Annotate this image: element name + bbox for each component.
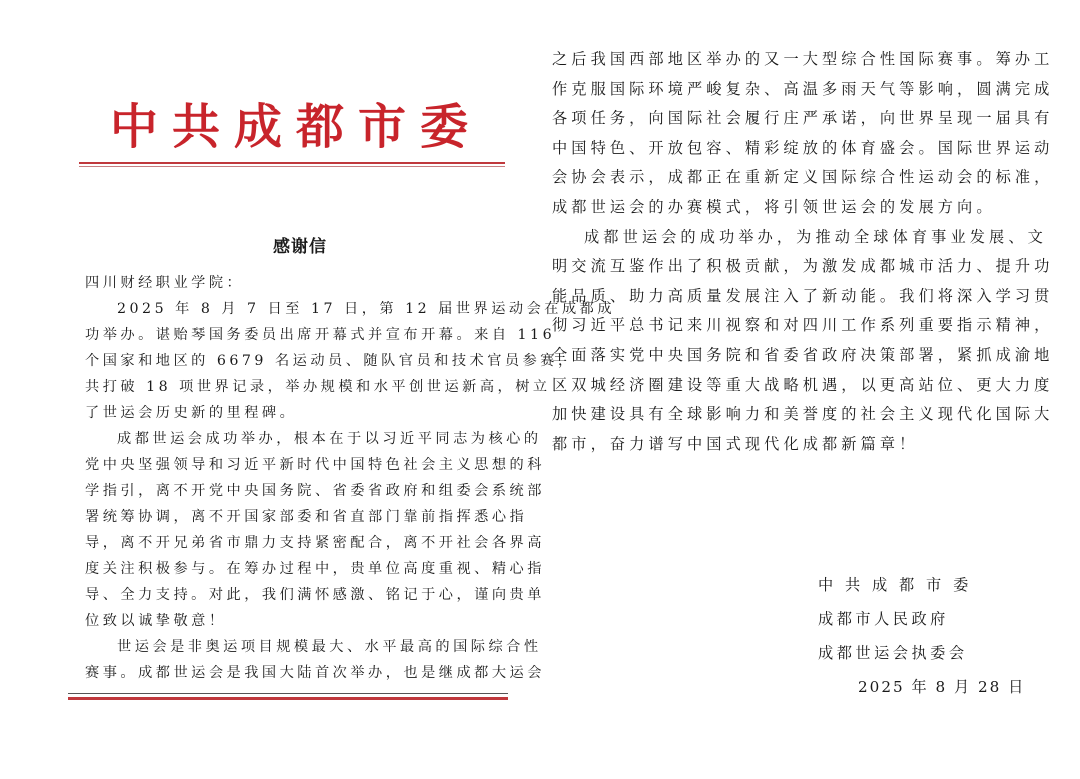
body-line: 中国特色、开放包容、精彩绽放的体育盛会。国际世界运动 (552, 134, 1052, 164)
body-line: 全面落实党中央国务院和省委省政府决策部署，紧抓成渝地 (552, 341, 1052, 371)
body-line: 功举办。谌贻琴国务委员出席开幕式并宣布开幕。来自 116 (85, 322, 505, 348)
body-line: 个国家和地区的 6679 名运动员、随队官员和技术官员参赛， (85, 348, 505, 374)
letter-date: 2025 年 8 月 28 日 (818, 670, 1025, 704)
body-line: 党中央坚强领导和习近平新时代中国特色社会主义思想的科 (85, 452, 505, 478)
footer-dark-rule (68, 693, 508, 694)
signature-block: 中 共 成 都 市 委 成都市人民政府 成都世运会执委会 2025 年 8 月 … (818, 568, 1025, 704)
body-line: 都市，奋力谱写中国式现代化成都新篇章！ (552, 430, 1052, 460)
body-line: 作克服国际环境严峻复杂、高温多雨天气等影响，圆满完成 (552, 75, 1052, 105)
body-line: 2025 年 8 月 7 日至 17 日，第 12 届世界运动会在成都成 (85, 296, 505, 322)
body-line: 学指引，离不开党中央国务院、省委省政府和组委会系统部 (85, 478, 505, 504)
letterhead-issuer: 中共成都市委 (110, 99, 480, 155)
body-line: 区双城经济圈建设等重大战略机遇，以更高站位、更大力度 (552, 371, 1052, 401)
body-line: 会协会表示，成都正在重新定义国际综合性运动会的标准， (552, 163, 1052, 193)
letterhead-thin-rule (79, 166, 505, 167)
body-line: 成都世运会的办赛模式，将引领世运会的发展方向。 (552, 193, 1052, 223)
body-line: 成都世运会的成功举办，为推动全球体育事业发展、文 (552, 223, 1052, 253)
body-line: 明交流互鉴作出了积极贡献，为激发成都城市活力、提升功 (552, 252, 1052, 282)
body-line: 导，离不开兄弟省市鼎力支持紧密配合，离不开社会各界高 (85, 530, 505, 556)
body-line: 导、全力支持。对此，我们满怀感激、铭记于心，谨向贵单 (85, 582, 505, 608)
body-line: 各项任务，向国际社会履行庄严承诺，向世界呈现一届具有 (552, 104, 1052, 134)
letter-page-2: 之后我国西部地区举办的又一大型综合性国际赛事。筹办工 作克服国际环境严峻复杂、高… (540, 0, 1080, 779)
signatory: 成都世运会执委会 (818, 636, 1025, 670)
letter-title: 感谢信 (0, 232, 600, 257)
body-line: 世运会是非奥运项目规模最大、水平最高的国际综合性 (85, 634, 505, 660)
body-line: 赛事。成都世运会是我国大陆首次举办，也是继成都大运会 (85, 660, 505, 686)
letter-page-1: 中共成都市委 感谢信 四川财经职业学院： 2025 年 8 月 7 日至 17 … (0, 0, 540, 779)
body-line: 彻习近平总书记来川视察和对四川工作系列重要指示精神， (552, 311, 1052, 341)
body-line: 度关注积极参与。在筹办过程中，贵单位高度重视、精心指 (85, 556, 505, 582)
body-line: 之后我国西部地区举办的又一大型综合性国际赛事。筹办工 (552, 45, 1052, 75)
body-line: 能品质、助力高质量发展注入了新动能。我们将深入学习贯 (552, 282, 1052, 312)
signatory: 中 共 成 都 市 委 (818, 568, 1025, 602)
body-line: 共打破 18 项世界记录，举办规模和水平创世运新高，树立 (85, 374, 505, 400)
body-line: 位致以诚挚敬意！ (85, 608, 505, 634)
letterhead-red-rule (79, 162, 505, 164)
letter-body-left: 2025 年 8 月 7 日至 17 日，第 12 届世界运动会在成都成 功举办… (85, 296, 505, 686)
footer-red-rule (68, 697, 508, 700)
body-line: 成都世运会成功举办，根本在于以习近平同志为核心的 (85, 426, 505, 452)
signatory: 成都市人民政府 (818, 602, 1025, 636)
letter-body-right: 之后我国西部地区举办的又一大型综合性国际赛事。筹办工 作克服国际环境严峻复杂、高… (552, 45, 1052, 459)
salutation: 四川财经职业学院： (85, 270, 244, 296)
body-line: 加快建设具有全球影响力和美誉度的社会主义现代化国际大 (552, 400, 1052, 430)
body-line: 了世运会历史新的里程碑。 (85, 400, 505, 426)
body-line: 署统筹协调，离不开国家部委和省直部门靠前指挥悉心指 (85, 504, 505, 530)
